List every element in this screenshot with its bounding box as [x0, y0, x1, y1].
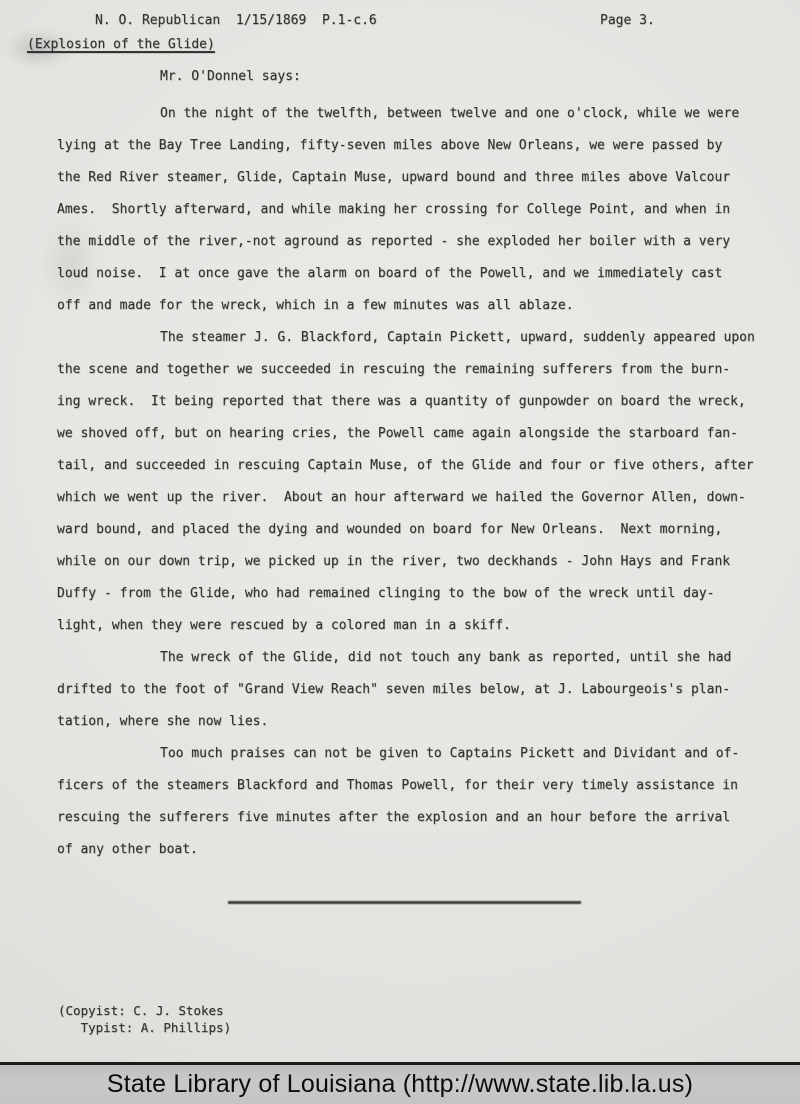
attribution-line: Mr. O'Donnel says: [57, 61, 769, 93]
source-citation: N. O. Republican 1/15/1869 P.1-c.6 [95, 13, 377, 28]
page-number-label: Page 3. [600, 13, 655, 28]
end-of-article-rule [228, 901, 581, 904]
document-title: (Explosion of the Glide) [27, 37, 215, 52]
library-caption-bar: State Library of Louisiana (http://www.s… [0, 1062, 800, 1104]
paragraph: The steamer J. G. Blackford, Captain Pic… [57, 322, 769, 642]
paragraph: The wreck of the Glide, did not touch an… [57, 642, 769, 738]
scanned-document-page: N. O. Republican 1/15/1869 P.1-c.6 Page … [0, 0, 800, 1104]
paragraph: On the night of the twelfth, between twe… [57, 98, 769, 322]
document-body: Mr. O'Donnel says: On the night of the t… [57, 61, 769, 866]
library-caption-text: State Library of Louisiana (http://www.s… [107, 1070, 693, 1099]
paragraph: Too much praises can not be given to Cap… [57, 738, 769, 866]
copyist-typist-credit: (Copyist: C. J. Stokes Typist: A. Philli… [58, 1002, 231, 1036]
